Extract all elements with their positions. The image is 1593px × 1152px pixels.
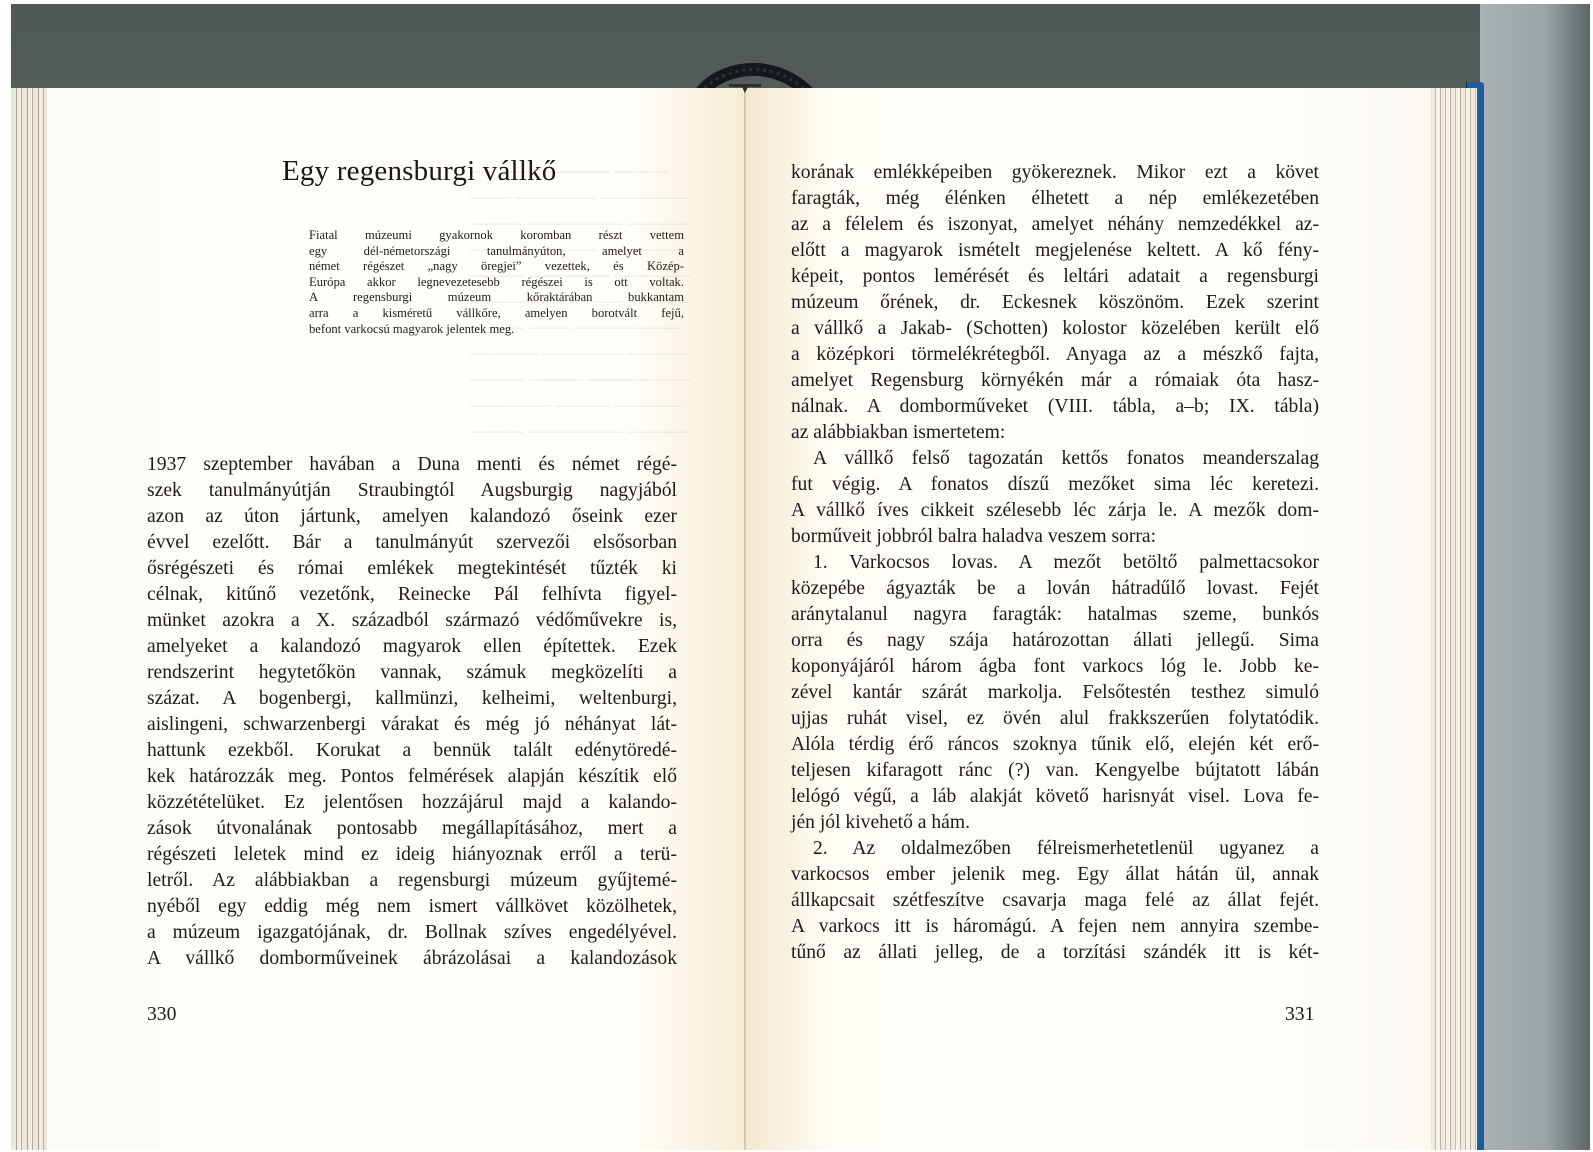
body-line: a vállkő a Jakab- (Schotten) kolostor kö… [791,316,1319,342]
body-line: ujjas ruhát visel, ez övén alul frakksze… [791,706,1319,732]
body-line: korának emlékképeiben gyökereznek. Mikor… [791,160,1319,186]
body-line: 1937 szeptember havában a Duna menti és … [147,452,677,478]
body-line: az a félelem és iszonyat, amelyet néhány… [791,212,1319,238]
body-line: aránytalanul nagyra faragták: hatalmas s… [791,602,1319,628]
body-line: faragták, még élénken élhetett a nép eml… [791,186,1319,212]
body-line: képeit, pontos lemérését és leltári adat… [791,264,1319,290]
article-title: Egy regensburgi vállkő [282,153,556,189]
body-line: A vállkő domborműveinek ábrázolásai a ka… [147,946,677,972]
article-abstract: Fiatal múzeumi gyakornok koromban részt … [309,228,684,337]
body-line: lelógó végű, a láb alakját követő harisn… [791,784,1319,810]
abstract-line: arra a kisméretű vállkőre, amelyen borot… [309,306,684,322]
body-line: múzeum őrének, dr. Eckesnek köszönöm. Ez… [791,290,1319,316]
body-line: a középkori törmelékrétegből. Anyaga az … [791,342,1319,368]
body-line: előtt a magyarok ismételt megjelenése ke… [791,238,1319,264]
body-line: zások útvonalának pontosabb megállapítás… [147,816,677,842]
abstract-line: A regensburgi múzeum kőraktárában bukkan… [309,290,684,306]
body-line: orra és nagy szája határozottan állati j… [791,628,1319,654]
abstract-line: Fiatal múzeumi gyakornok koromban részt … [309,228,684,244]
body-line: hattunk ezekből. Korukat a bennük talált… [147,738,677,764]
body-line: százat. A bogenbergi, kallmünzi, kelheim… [147,686,677,712]
body-line: teljesen kifaragott ránc (?) van. Kengye… [791,758,1319,784]
body-line: zével kantár szárát markolja. Felsőtesté… [791,680,1319,706]
body-line: varkocsos ember jelenik meg. Egy állat h… [791,862,1319,888]
body-line: azon az úton jártunk, amelyen kalandozó … [147,504,677,530]
book-gutter [744,88,746,1150]
body-line: fut végig. A fonatos díszű mezőket sima … [791,472,1319,498]
body-line: koponyájáról három ágba font varkocs lóg… [791,654,1319,680]
left-page-edges [11,88,47,1150]
page-number-left: 330 [147,1003,176,1027]
abstract-line: német régészet „nagy öregjei” vezettek, … [309,259,684,275]
abstract-line: Európa akkor legnevezetesebb régészei is… [309,275,684,291]
body-line: rendszerint hegytetőkön vannak, számuk m… [147,660,677,686]
gutter-notch-icon [729,84,761,94]
scanner-background-right [1480,4,1590,1150]
body-line: jén jól kivehető a hám. [791,810,1319,836]
right-page-edges [1431,88,1477,1150]
body-line: A vállkő íves cikkeit szélesebb léc zárj… [791,498,1319,524]
paragraph-first-line: 2. Az oldalmezőben félreismerhetetlenül … [791,836,1319,862]
paragraph-first-line: A vállkő felső tagozatán kettős fonatos … [791,446,1319,472]
body-line: közzétételüket. Ez jelentősen hozzájárul… [147,790,677,816]
body-line: amelyet Regensburg környékén már a római… [791,368,1319,394]
body-line: ősrégészeti és római emlékek megtekintés… [147,556,677,582]
body-line: tűnő az állati jelleg, de a torzítási sz… [791,940,1319,966]
body-line: a múzeum igazgatójának, dr. Bollnak szív… [147,920,677,946]
body-line: borműveit jobbról balra haladva veszem s… [791,524,1319,550]
body-line: kek határozzák meg. Pontos felmérések al… [147,764,677,790]
body-line: célnak, kitűnő vezetőnk, Reinecke Pál fe… [147,582,677,608]
body-line: aislingeni, schwarzenbergi várakat és mé… [147,712,677,738]
paragraph-first-line: 1. Varkocsos lovas. A mezőt betöltő palm… [791,550,1319,576]
body-line: letről. Az alábbiakban a regensburgi múz… [147,868,677,894]
left-page-body: 1937 szeptember havában a Duna menti és … [147,452,677,972]
body-line: az alábbiakban ismertetem: [791,420,1319,446]
body-line: állkapcsait szétfeszítve csavarja maga f… [791,888,1319,914]
body-line: évvel ezelőtt. Bár a tanulmányút szervez… [147,530,677,556]
page-number-right: 331 [1285,1003,1314,1027]
body-line: nálnak. A domborműveket (VIII. tábla, a–… [791,394,1319,420]
body-line: Alóla térdig érő ráncos szoknya tűnik el… [791,732,1319,758]
body-line: szek tanulmányútján Straubingtól Augsbur… [147,478,677,504]
body-line: A varkocs itt is háromágú. A fejen nem a… [791,914,1319,940]
body-line: nyéből egy eddig még nem ismert vállköve… [147,894,677,920]
body-line: amelyeket a kalandozó magyarok ellen épí… [147,634,677,660]
abstract-line: befont varkocsú magyarok jelentek meg. [309,322,684,338]
body-line: régészeti leletek mind ez ideig hiányozn… [147,842,677,868]
body-line: münket azokra a X. századból származó vé… [147,608,677,634]
body-line: közepébe ágyazták be a lován hátradűlő l… [791,576,1319,602]
abstract-line: egy dél-németországi tanulmányúton, amel… [309,244,684,260]
right-page-body: korának emlékképeiben gyökereznek. Mikor… [791,160,1319,966]
